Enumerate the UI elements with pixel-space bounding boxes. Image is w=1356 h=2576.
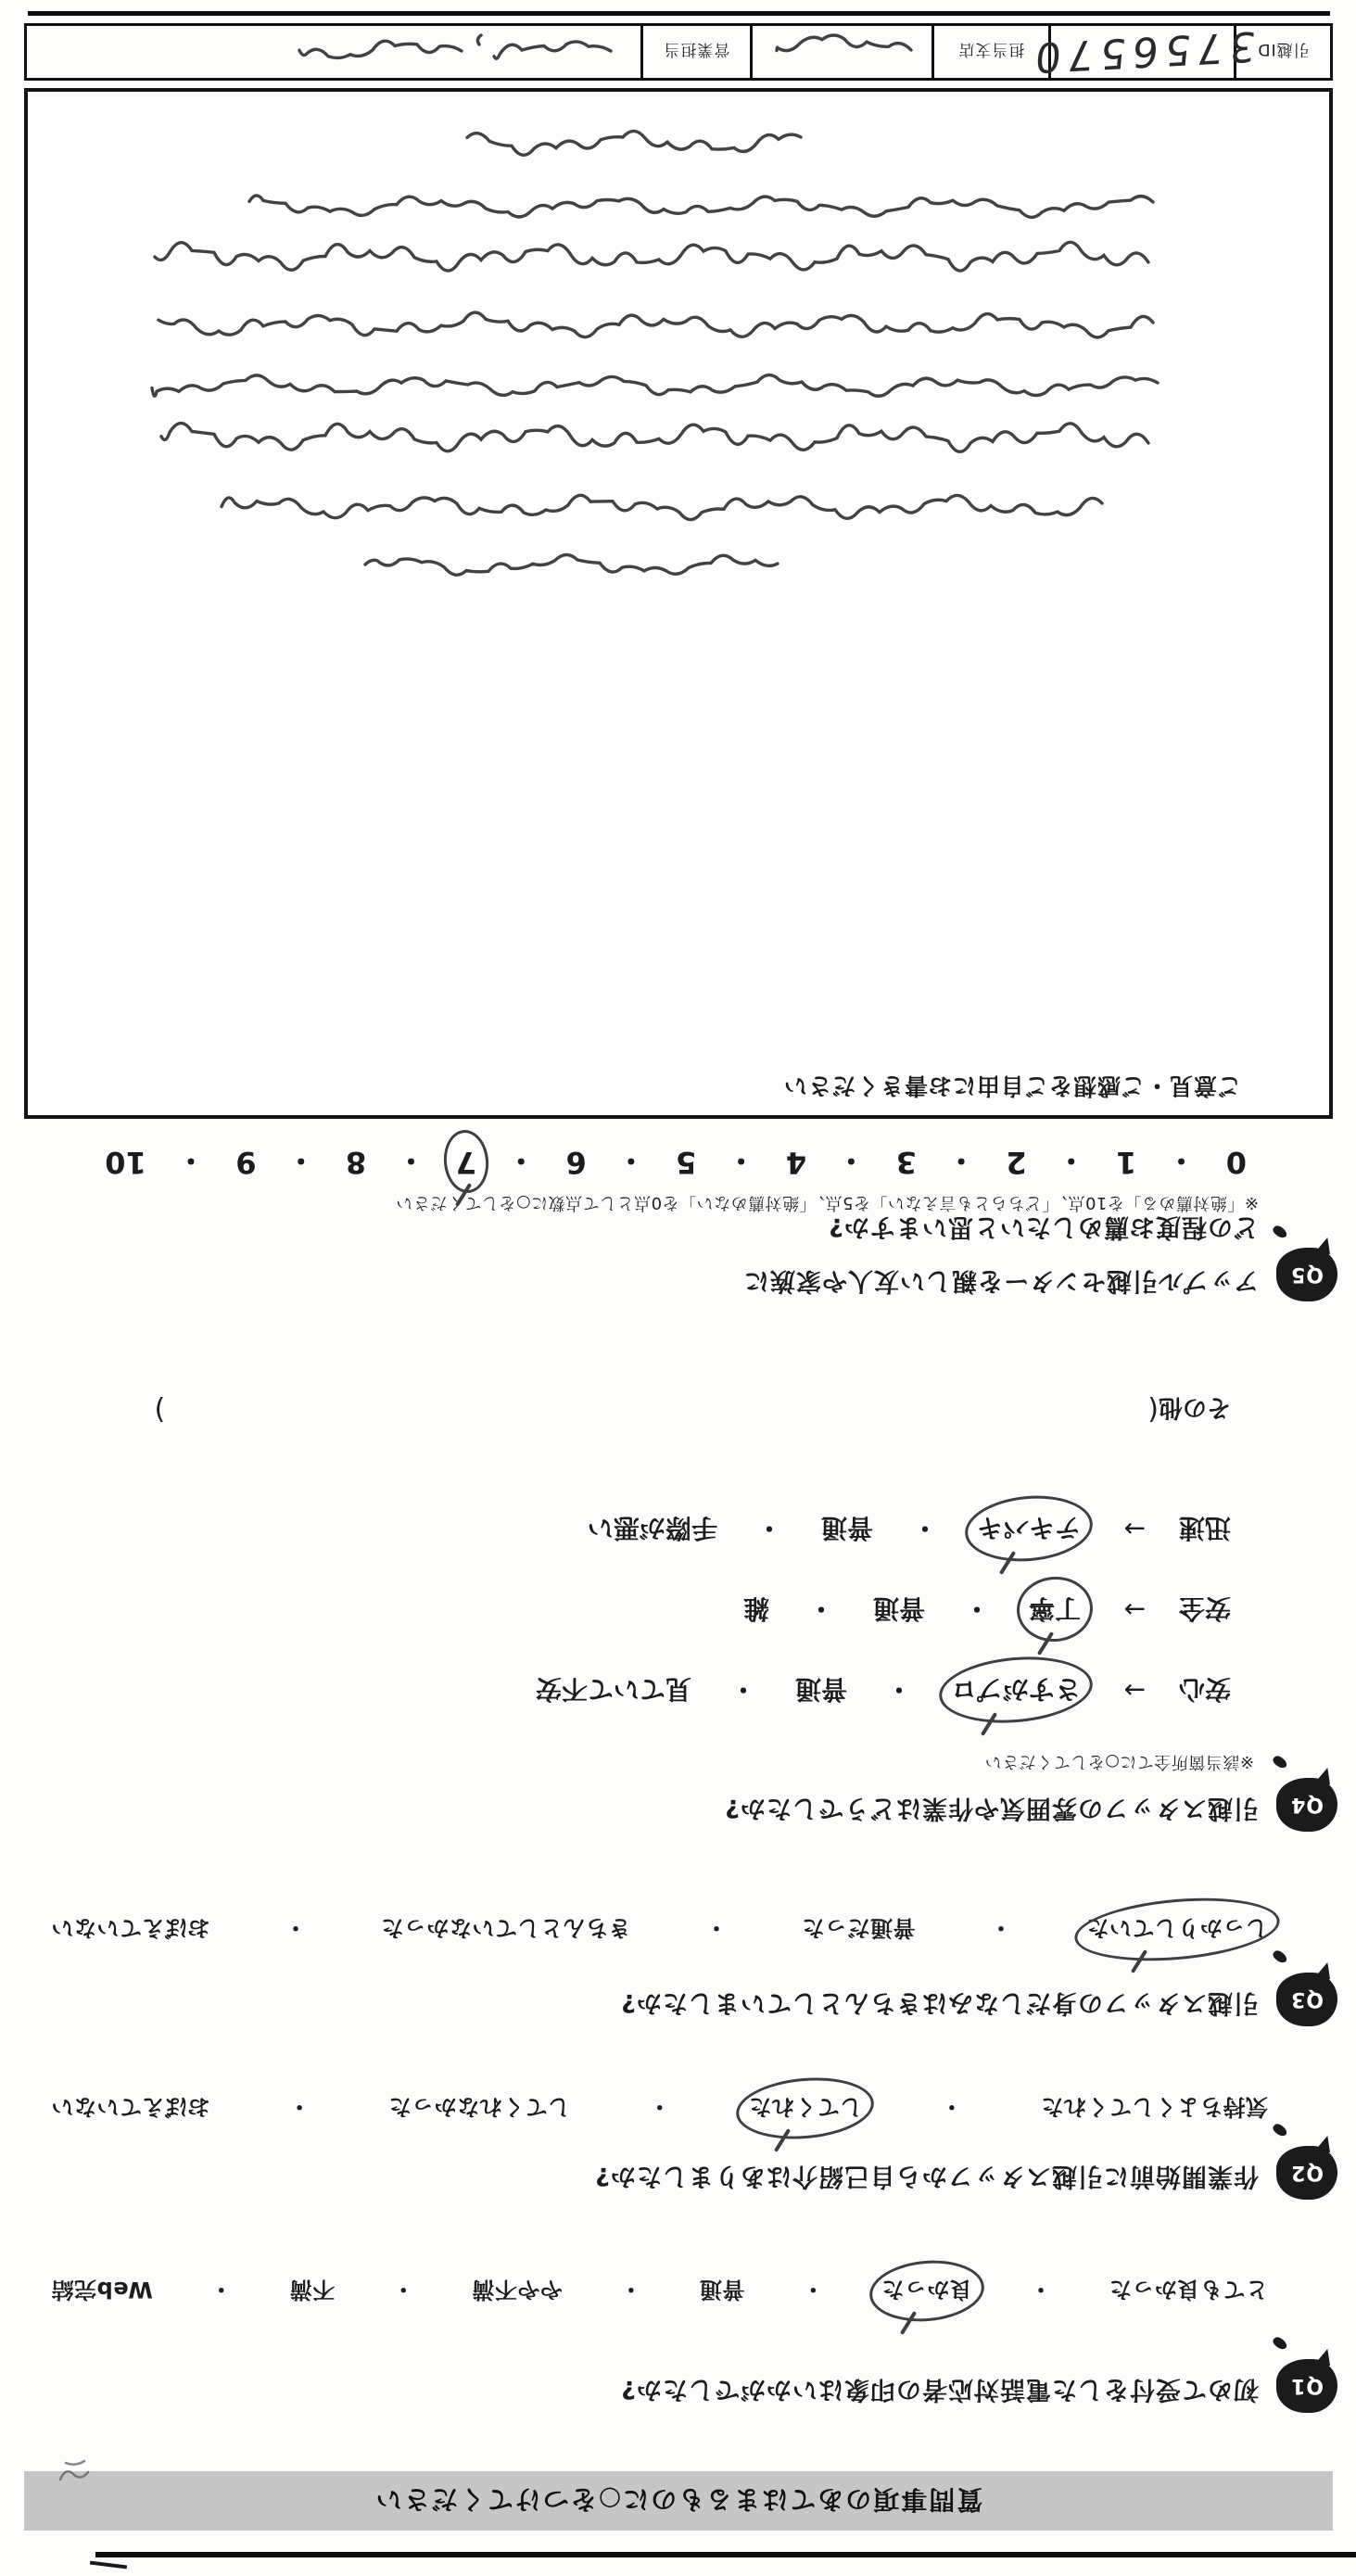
id-label: 引越ID <box>1257 41 1309 64</box>
option-label: 普通 <box>795 1672 847 1709</box>
q3-question-text: 引越スタッフの身だしなみはきちんとしていましたか? <box>620 1984 1259 2021</box>
table-cell-id-value: 3756570 <box>1048 26 1234 78</box>
separator-dot: ・ <box>1029 2276 1052 2308</box>
option-label: 普通 <box>873 1592 925 1629</box>
q4-row-label: 安心 <box>1146 1672 1231 1709</box>
q5-bubble-label: Q5 <box>1290 1263 1324 1287</box>
scale-number: 8 <box>346 1145 366 1180</box>
q4-other-label: その他 <box>1159 1392 1231 1427</box>
comment-box: ご意見・ご感想をご自由にお書きください <box>24 88 1333 1119</box>
q4-speech-bubble-icon: Q4 <box>1276 1778 1337 1832</box>
scale-number: 6 <box>565 1145 586 1180</box>
option-label-circled: しっかりしていた <box>1086 1914 1268 1947</box>
option-label: 気持ちよくしてくれた <box>1041 2093 1268 2126</box>
scale-separator-dot: ・ <box>727 1141 756 1184</box>
scale-number: 5 <box>676 1145 696 1180</box>
scale-separator-dot: ・ <box>286 1141 316 1184</box>
scale-number: 4 <box>786 1145 806 1180</box>
separator-dot: ・ <box>886 1672 912 1709</box>
separator-dot: ・ <box>392 2276 415 2308</box>
separator-dot: ・ <box>756 1511 782 1548</box>
scan-artifact-tick <box>90 2561 127 2570</box>
q1-question-text: 初めて受付をした電話対応者の印象はいかがでしたか? <box>620 2370 1259 2407</box>
staff-info-table: 引越ID 3756570 担当支店 営業担当 <box>24 23 1333 81</box>
option-label: きちんとしていなかった <box>381 1914 631 1947</box>
q2-question-text: 作業開始前に引越スタッフから自己紹介はありましたか? <box>594 2157 1259 2194</box>
handwritten-comment <box>64 95 1297 601</box>
separator-dot: ・ <box>808 1592 834 1629</box>
q1-speech-bubble-icon: Q1 <box>1276 2359 1337 2413</box>
table-cell-rep-label: 営業担当 <box>640 26 750 78</box>
table-cell-rep-handwritten <box>27 26 640 78</box>
table-cell-branch-label: 担当支店 <box>931 26 1048 78</box>
table-cell-branch-handwritten <box>750 26 931 78</box>
survey-document: 質問事項のあてはまるものに○をつけてください Q1 初めて受付をした電話対応者の… <box>0 0 1356 2576</box>
separator-dot: ・ <box>705 1914 729 1947</box>
separator-dot: ・ <box>940 2093 963 2126</box>
form-title-bar: 質問事項のあてはまるものに○をつけてください <box>24 2471 1333 2531</box>
scale-separator-dot: ・ <box>176 1141 206 1184</box>
scale-number: 0 <box>1226 1145 1247 1180</box>
handwritten-id-number: 3756570 <box>1027 22 1258 82</box>
q4-row-迅速: 迅速→テキパキ・普通・手際が悪い <box>536 1511 1231 1548</box>
q4-row-安全: 安全→丁寧・普通・雑 <box>536 1592 1231 1629</box>
separator-dot: ・ <box>285 1914 308 1947</box>
scale-number: 1 <box>1116 1145 1136 1180</box>
scan-edge-line-bottom <box>28 11 1330 16</box>
q1-bubble-label: Q1 <box>1290 2375 1324 2398</box>
handwritten-rep-name <box>281 28 615 76</box>
option-label: 見ていて不安 <box>536 1672 691 1709</box>
handwritten-stroke <box>778 35 912 51</box>
separator-dot: ・ <box>964 1592 990 1629</box>
option-label: やや不満 <box>472 2276 563 2308</box>
option-label: おぼえていない <box>51 1914 210 1947</box>
q2-speech-bubble-icon: Q2 <box>1276 2146 1337 2200</box>
option-label: とても良かった <box>1109 2276 1269 2308</box>
arrow-icon: → <box>1081 1595 1146 1626</box>
option-label: 不満 <box>289 2276 335 2308</box>
q3-bubble-label: Q3 <box>1290 1988 1324 2011</box>
q4-other-line: その他 ( ) <box>155 1392 1231 1427</box>
option-label: してくれなかった <box>388 2093 570 2126</box>
q2-bubble-label: Q2 <box>1290 2162 1324 2185</box>
q4-note: ※該当箇所全てに○をしてください <box>984 1751 1254 1775</box>
handwritten-stroke <box>158 312 1153 337</box>
option-label: おぼえていない <box>51 2093 210 2126</box>
scale-separator-dot: ・ <box>836 1141 866 1184</box>
handwritten-stroke <box>477 35 481 44</box>
q5-nps-note: ※「絶対薦める」を10点、「どちらとも言えない」を5点、「絶対薦めない」を0点と… <box>396 1192 1259 1216</box>
q1-options-row: とても良かった・良かった・普通・やや不満・不満・Web完結 <box>51 2276 1268 2308</box>
handwritten-stroke <box>222 495 1102 519</box>
option-label: 普通 <box>821 1511 873 1548</box>
handwritten-stroke <box>249 196 1153 217</box>
handwritten-stroke <box>152 375 1158 397</box>
handwritten-stroke <box>155 242 1148 271</box>
arrow-icon: → <box>1081 1515 1146 1545</box>
handwritten-stroke <box>494 42 611 58</box>
scale-separator-dot: ・ <box>1057 1141 1086 1184</box>
scale-separator-dot: ・ <box>1167 1141 1197 1184</box>
separator-dot: ・ <box>730 1672 756 1709</box>
option-label-circled: 良かった <box>881 2276 972 2308</box>
separator-dot: ・ <box>288 2093 311 2126</box>
form-title-text: 質問事項のあてはまるものに○をつけてください <box>374 2482 982 2519</box>
handwritten-stroke <box>365 554 778 575</box>
q5-question-line1: アップル引越センターを親しい友人や家族に <box>743 1253 1259 1307</box>
q4-row-安心: 安心→さすがプロ・普通・見ていて不安 <box>536 1672 1231 1709</box>
q4-bubble-label: Q4 <box>1290 1794 1324 1817</box>
separator-dot: ・ <box>990 1914 1013 1947</box>
q4-row-label: 迅速 <box>1146 1511 1231 1548</box>
comment-box-heading: ご意見・ご感想をご自由にお書きください <box>783 1071 1241 1104</box>
q2-options-row: 気持ちよくしてくれた・してくれた・してくれなかった・おぼえていない <box>51 2093 1268 2126</box>
scale-separator-dot: ・ <box>506 1141 536 1184</box>
scanned-survey-page: 質問事項のあてはまるものに○をつけてください Q1 初めて受付をした電話対応者の… <box>0 0 1356 2576</box>
option-label: 普通だった <box>802 1914 916 1947</box>
option-label-circled: してくれた <box>749 2093 863 2126</box>
separator-dot: ・ <box>648 2093 671 2126</box>
option-label: 手際が悪い <box>588 1511 717 1548</box>
handwritten-branch-name <box>764 30 921 74</box>
q4-row-label: 安全 <box>1146 1592 1231 1629</box>
q4-other-close-paren: ) <box>155 1393 166 1426</box>
option-label: 普通 <box>699 2276 744 2308</box>
rep-label: 営業担当 <box>664 41 730 64</box>
scale-separator-dot: ・ <box>616 1141 646 1184</box>
scale-number: 9 <box>235 1145 256 1180</box>
handwritten-stroke <box>299 41 462 57</box>
scan-artifact-smudge <box>27 2452 94 2519</box>
q4-other-open-paren: ( <box>1147 1393 1159 1426</box>
separator-dot: ・ <box>802 2276 825 2308</box>
scale-number: 10 <box>105 1145 146 1180</box>
scale-number: 2 <box>1006 1145 1026 1180</box>
scale-separator-dot: ・ <box>946 1141 976 1184</box>
branch-label: 担当支店 <box>958 41 1025 64</box>
separator-dot: ・ <box>912 1511 938 1548</box>
option-label-circled: 丁寧 <box>1029 1592 1081 1629</box>
scale-number-circled: 7 <box>456 1145 476 1180</box>
q3-speech-bubble-icon: Q3 <box>1276 1973 1337 2026</box>
scan-edge-line-top <box>95 2552 1356 2557</box>
handwritten-stroke <box>161 424 1148 452</box>
scale-separator-dot: ・ <box>396 1141 425 1184</box>
option-label: Web完結 <box>51 2276 153 2308</box>
option-label-circled: テキパキ <box>977 1511 1081 1548</box>
q3-options-row: しっかりしていた・普通だった・きちんとしていなかった・おぼえていない <box>51 1914 1268 1947</box>
q5-speech-bubble-icon: Q5 <box>1276 1248 1337 1301</box>
q4-question-text: 引越スタッフの雰囲気や作業はどうでしたか? <box>724 1789 1259 1826</box>
q4-rating-rows: 安心→さすがプロ・普通・見ていて不安安全→丁寧・普通・雑迅速→テキパキ・普通・手… <box>536 1467 1231 1709</box>
separator-dot: ・ <box>619 2276 642 2308</box>
handwritten-stroke <box>467 131 801 155</box>
arrow-icon: → <box>1081 1676 1146 1707</box>
scale-number: 3 <box>896 1145 917 1180</box>
separator-dot: ・ <box>209 2276 233 2308</box>
option-label: 雑 <box>743 1592 769 1629</box>
option-label-circled: さすがプロ <box>951 1672 1081 1709</box>
q5-nps-scale: 0・1・2・3・4・5・6・7・8・9・10 <box>105 1141 1247 1184</box>
